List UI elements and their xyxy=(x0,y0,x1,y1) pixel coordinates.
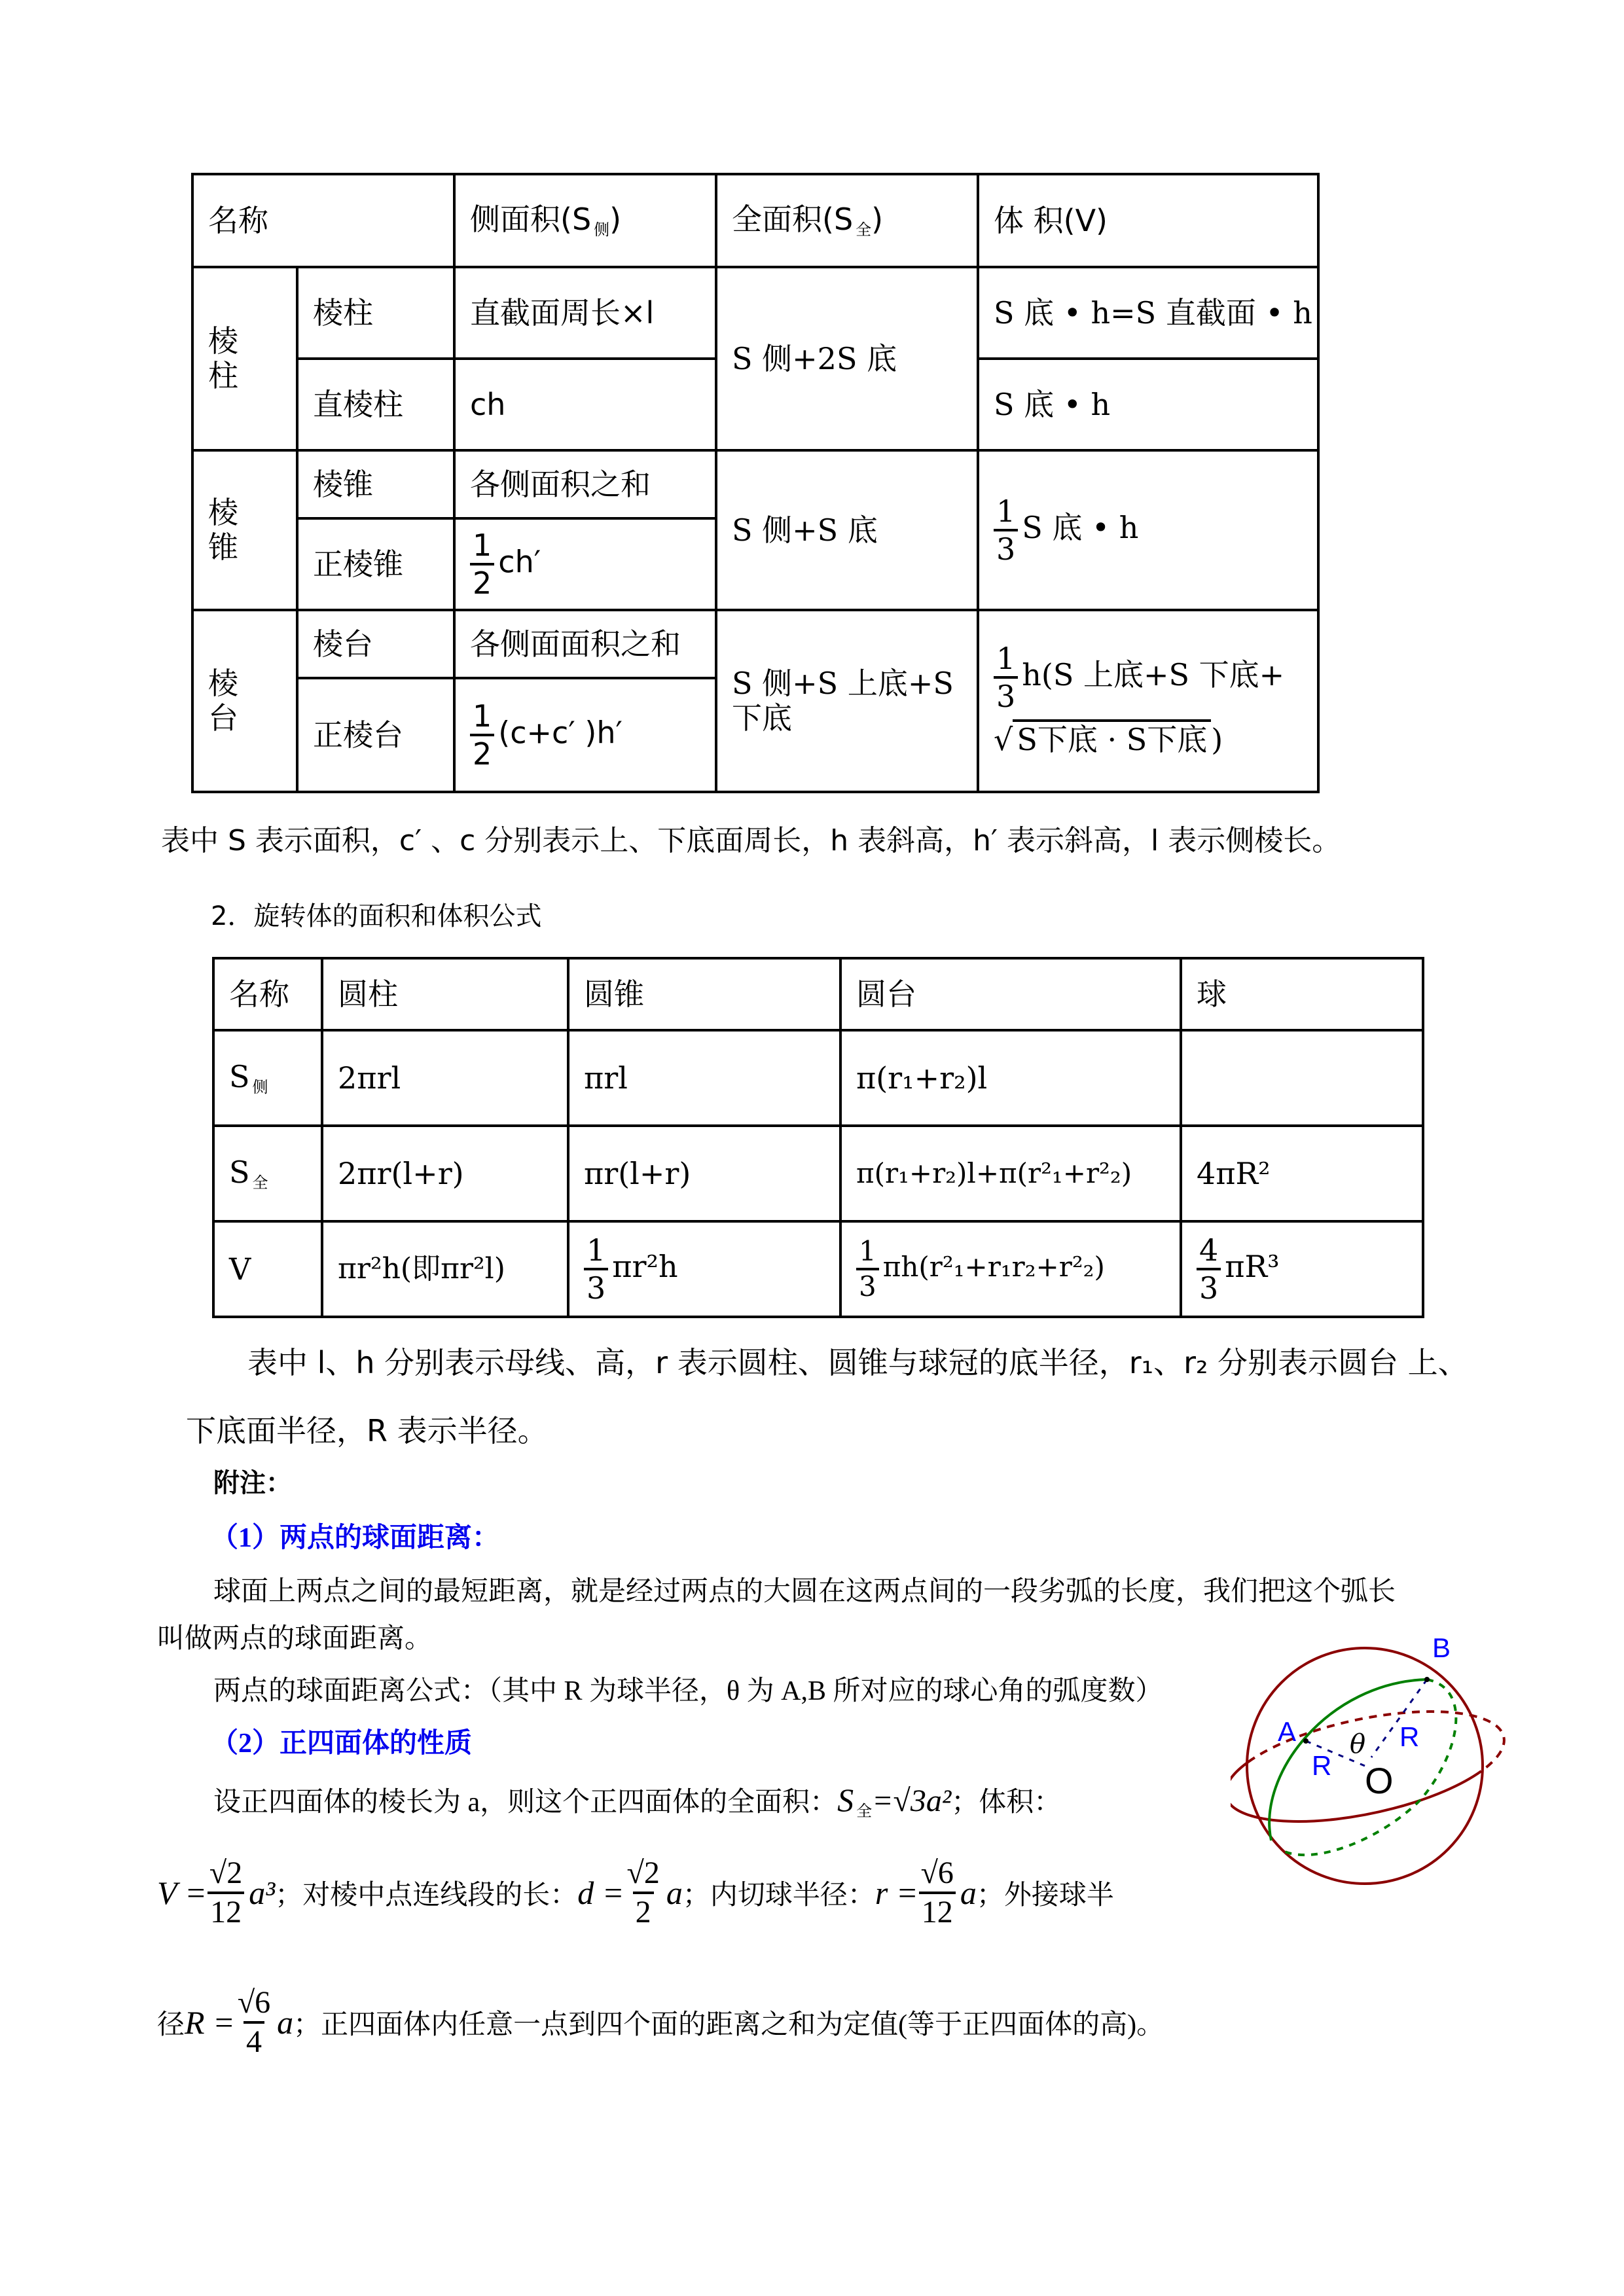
row-label-total: S全 xyxy=(213,1126,322,1221)
table1-row-pyramid: 棱锥 棱锥 各侧面积之和 S 侧+S 底 13S 底 • h xyxy=(192,450,1318,518)
cell xyxy=(1181,1030,1423,1126)
polyhedra-formula-table: 名称 侧面积(S侧) 全面积(S全) 体 积(V) 棱柱 棱柱 直截面周长×l … xyxy=(191,173,1320,793)
tetrahedron-total-area-line: 设正四面体的棱长为 a，则这个正四面体的全面积：S全=√3a²；体积： xyxy=(213,1780,1061,1821)
lateral-formula: 各侧面积之和 xyxy=(454,450,716,518)
table2-header-row: 名称 圆柱 圆锥 圆台 球 xyxy=(213,958,1423,1030)
fraction: √22 xyxy=(624,1857,662,1928)
table2-note-line1: 表中 l、h 分别表示母线、高，r 表示圆柱、圆锥与球冠的底半径，r₁、r₂ 分… xyxy=(247,1339,1468,1382)
cell: 13πh(r²₁+r₁r₂+r²₂) xyxy=(840,1221,1181,1317)
group-label-frustum: 棱台 xyxy=(192,610,297,792)
total-formula-pyramid: S 侧+S 底 xyxy=(716,450,978,610)
lateral-formula: 直截面周长×l xyxy=(454,267,716,359)
cell: 13πr²h xyxy=(568,1221,840,1317)
fraction: 13 xyxy=(856,1238,879,1300)
volume-formula-pyramid: 13S 底 • h xyxy=(978,450,1318,610)
lateral-formula: 12(c+c′ )h′ xyxy=(454,678,716,792)
table2-note-line2: 下底面半径，R 表示半径。 xyxy=(186,1407,548,1450)
fraction: √612 xyxy=(918,1857,956,1928)
section-tetrahedron-title: （2）正四面体的性质 xyxy=(211,1721,472,1761)
sphere-distance-diagram: B A R R θ O xyxy=(1231,1610,1506,1885)
table2-row-total: S全 2πr(l+r) πr(l+r) π(r₁+r₂)l+π(r²₁+r²₂)… xyxy=(213,1126,1423,1221)
table1-row-frustum: 棱台 棱台 各侧面面积之和 S 侧+S 上底+S 下底 13h(S 上底+S 下… xyxy=(192,610,1318,678)
table1-note: 表中 S 表示面积，c′ 、c 分别表示上、下底面周长，h 表斜高，h′ 表示斜… xyxy=(161,817,1341,859)
cell: 4πR² xyxy=(1181,1126,1423,1221)
header-total-area: 全面积(S全) xyxy=(716,174,978,267)
header-cone: 圆锥 xyxy=(568,958,840,1030)
header-frustum: 圆台 xyxy=(840,958,1181,1030)
lateral-formula: ch xyxy=(454,359,716,450)
row-label-volume: V xyxy=(213,1221,322,1317)
lateral-formula: 各侧面面积之和 xyxy=(454,610,716,678)
spherical-distance-formula-text: 两点的球面距离公式：（其中 R 为球半径，θ 为 A,B 所对应的球心角的弧度数… xyxy=(213,1669,1163,1708)
fraction: √212 xyxy=(207,1857,245,1928)
header-name: 名称 xyxy=(213,958,322,1030)
row-name: 棱锥 xyxy=(297,450,454,518)
label-theta: θ xyxy=(1350,1729,1365,1759)
fraction: 13 xyxy=(994,643,1018,711)
label-O: O xyxy=(1365,1760,1394,1801)
table2-row-lateral: S侧 2πrl πrl π(r₁+r₂)l xyxy=(213,1030,1423,1126)
tetrahedron-circumradius-line: 径 R = √64 a ；正四面体内任意一点到四个面的距离之和为定值(等于正四面… xyxy=(157,1987,1164,2058)
cell: πr²h(即πr²l) xyxy=(322,1221,568,1317)
cell: πr(l+r) xyxy=(568,1126,840,1221)
row-name: 棱柱 xyxy=(297,267,454,359)
table1-header-row: 名称 侧面积(S侧) 全面积(S全) 体 积(V) xyxy=(192,174,1318,267)
fraction: 13 xyxy=(994,496,1018,564)
cell: 2πr(l+r) xyxy=(322,1126,568,1221)
cell: π(r₁+r₂)l xyxy=(840,1030,1181,1126)
section-2-title: 2．旋转体的面积和体积公式 xyxy=(211,895,541,933)
row-name: 直棱柱 xyxy=(297,359,454,450)
row-label-lateral: S侧 xyxy=(213,1030,322,1126)
header-sphere: 球 xyxy=(1181,958,1423,1030)
header-cylinder: 圆柱 xyxy=(322,958,568,1030)
fraction: 12 xyxy=(470,701,494,769)
volume-formula: S 底 • h xyxy=(978,359,1318,450)
label-R2: R xyxy=(1399,1721,1419,1752)
spherical-distance-definition-line1: 球面上两点之间的最短距离，就是经过两点的大圆在这两点间的一段劣弧的长度，我们把这… xyxy=(213,1570,1396,1609)
row-name: 正棱台 xyxy=(297,678,454,792)
group-label-prism: 棱柱 xyxy=(192,267,297,450)
volume-formula: S 底 • h=S 直截面 • h xyxy=(978,267,1318,359)
label-B: B xyxy=(1432,1632,1451,1663)
fraction: 13 xyxy=(584,1235,608,1303)
cell: 2πrl xyxy=(322,1030,568,1126)
lateral-formula: 12ch′ xyxy=(454,518,716,610)
group-label-pyramid: 棱锥 xyxy=(192,450,297,610)
row-name: 棱台 xyxy=(297,610,454,678)
tetrahedron-formulas-line: V = √212 a³ ；对棱中点连线段的长： d = √22 a ；内切球半径… xyxy=(157,1857,1114,1928)
header-name: 名称 xyxy=(192,174,454,267)
fraction: √64 xyxy=(235,1987,273,2058)
cell: π(r₁+r₂)l+π(r²₁+r²₂) xyxy=(840,1126,1181,1221)
header-volume: 体 积(V) xyxy=(978,174,1318,267)
appendix-title: 附注： xyxy=(213,1462,292,1499)
table2-row-volume: V πr²h(即πr²l) 13πr²h 13πh(r²₁+r₁r₂+r²₂) … xyxy=(213,1221,1423,1317)
label-A: A xyxy=(1278,1716,1296,1747)
spherical-distance-definition-line2: 叫做两点的球面距离。 xyxy=(157,1617,432,1656)
table1-row-prism: 棱柱 棱柱 直截面周长×l S 侧+2S 底 S 底 • h=S 直截面 • h xyxy=(192,267,1318,359)
total-formula-prism: S 侧+2S 底 xyxy=(716,267,978,450)
volume-formula-frustum: 13h(S 上底+S 下底+ √S下底 · S下底) xyxy=(978,610,1318,792)
fraction: 12 xyxy=(470,530,494,598)
cell: πrl xyxy=(568,1030,840,1126)
section-spherical-distance-title: （1）两点的球面距离： xyxy=(211,1516,499,1555)
header-lateral-area: 侧面积(S侧) xyxy=(454,174,716,267)
sqrt-icon: √ xyxy=(994,722,1013,757)
row-name: 正棱锥 xyxy=(297,518,454,610)
solids-of-revolution-table: 名称 圆柱 圆锥 圆台 球 S侧 2πrl πrl π(r₁+r₂)l S全 2… xyxy=(212,957,1424,1318)
cell: 43πR³ xyxy=(1181,1221,1423,1317)
label-R1: R xyxy=(1312,1750,1331,1781)
fraction: 43 xyxy=(1197,1235,1221,1303)
total-formula-frustum: S 侧+S 上底+S 下底 xyxy=(716,610,978,792)
